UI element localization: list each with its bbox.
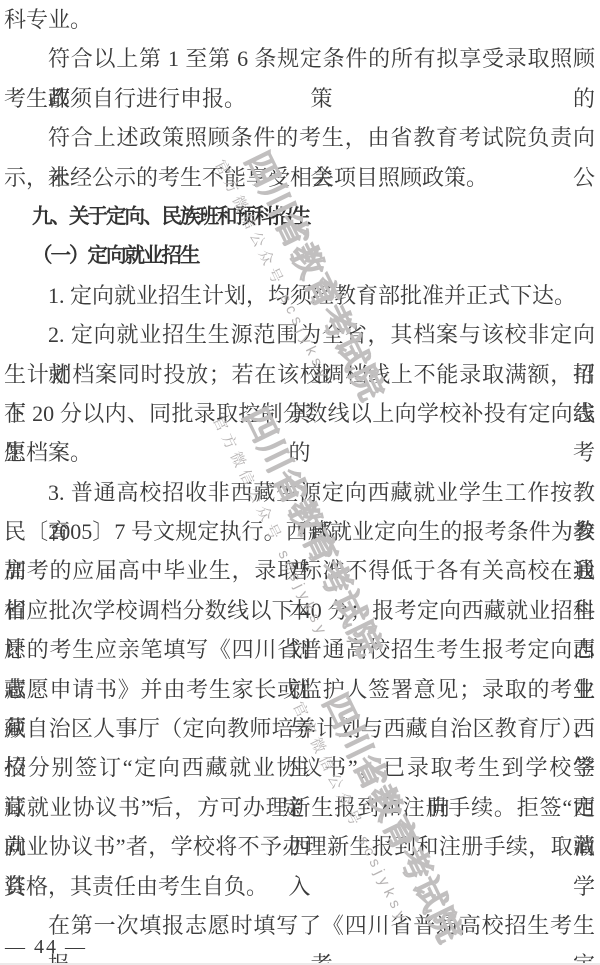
text-line: 高考的应届高中毕业生，录取标准不得低于各有关高校在我省本科	[4, 551, 595, 590]
text-line: 符合上述政策照顾条件的考生，由省教育考试院负责向社会公	[4, 118, 595, 157]
text-line: 相应批次学校调档分数线以下 40 分；报考定向西藏就业招生计划志	[4, 591, 595, 630]
text-line: 1. 定向就业招生计划，均须经教育部批准并正式下达。	[4, 276, 595, 315]
text-line: 就业协议书”者，学校将不予办理新生报到和注册手续，取消其入学	[4, 827, 595, 866]
text-line: 2. 定向就业招生生源范围为全省，其档案与该校非定向就业招	[4, 315, 595, 354]
text-line: 愿的考生应亲笔填写《四川省普通高校招生考生报考定向西藏就业	[4, 630, 595, 669]
text-line: 藏就业协议书”后，方可办理新生报到和注册手续。拒签“定向西藏	[4, 788, 595, 827]
text-line: 志愿申请书》并由考生家长或监护人签署意见；录取的考生须与西	[4, 670, 595, 709]
text-line: 下 20 分以内、同批录取控制分数线以上向学校补投有定向志愿的考	[4, 394, 595, 433]
text-line: 科专业。	[4, 0, 595, 39]
document-page: 四川省教育考试院官方微信公众号 scsjyksy四川省教育考试院官方微信公众号 …	[0, 0, 600, 965]
text-line: 民〔2005〕7 号文规定执行。西藏就业定向生的报考条件为参加普通	[4, 512, 595, 551]
text-line: 3. 普通高校招收非西藏生源定向西藏就业学生工作按教育部教	[4, 473, 595, 512]
text-line: 在第一次填报志愿时填写了《四川省普通高校招生考生报考定	[4, 906, 595, 945]
text-line: 校分别签订“定向西藏就业协议书”，已录取考生到学校签订“定向西	[4, 748, 595, 787]
page-number: — 44 —	[5, 936, 87, 959]
section-heading: 九、关于定向、民族班和预科招生	[4, 197, 595, 236]
section-heading: （一）定向就业招生	[4, 236, 595, 275]
text-line: 生计划档案同时投放；若在该校调档线上不能录取满额，可在其线	[4, 355, 595, 394]
text-line: 藏自治区人事厅（定向教师培养计划与西藏自治区教育厅）、招生学	[4, 709, 595, 748]
document-body: 科专业。符合以上第 1 至第 6 条规定条件的所有拟享受录取照顾政策的考生都须自…	[4, 0, 595, 945]
text-line: 符合以上第 1 至第 6 条规定条件的所有拟享受录取照顾政策的	[4, 39, 595, 78]
